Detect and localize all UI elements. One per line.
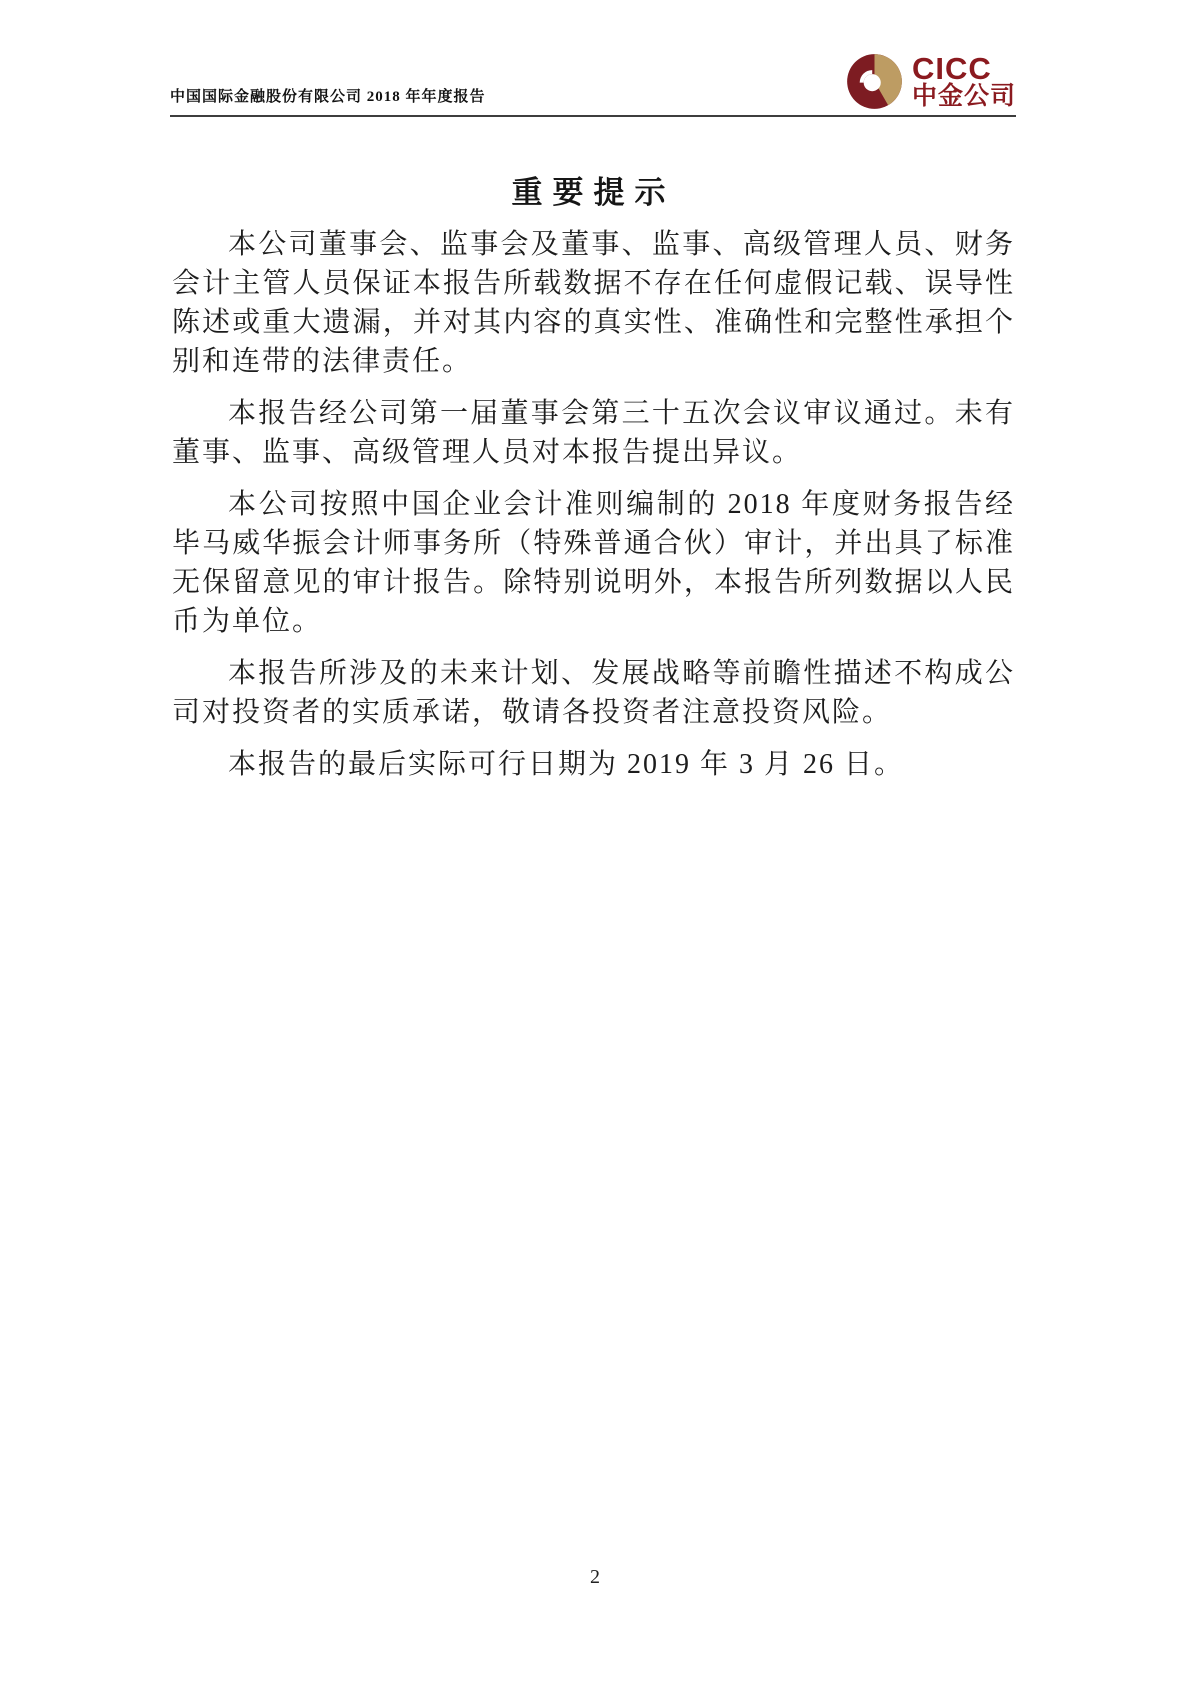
notice-paragraph: 本公司董事会、监事会及董事、监事、高级管理人员、财务会计主管人员保证本报告所载数…	[172, 225, 1015, 381]
notice-section: 重要提示 本公司董事会、监事会及董事、监事、高级管理人员、财务会计主管人员保证本…	[172, 117, 1015, 797]
notice-body: 本公司董事会、监事会及董事、监事、高级管理人员、财务会计主管人员保证本报告所载数…	[172, 225, 1015, 784]
notice-paragraph: 本报告的最后实际可行日期为 2019 年 3 月 26 日。	[172, 745, 1015, 784]
cicc-logo-icon	[846, 53, 903, 110]
document-title: 中国国际金融股份有限公司 2018 年年度报告	[170, 85, 486, 115]
section-title: 重要提示	[172, 167, 1015, 212]
page-header: 中国国际金融股份有限公司 2018 年年度报告 CICC 中金公司	[170, 0, 1016, 117]
cicc-logo-text: CICC 中金公司	[912, 54, 1016, 108]
notice-paragraph: 本报告经公司第一届董事会第三十五次会议审议通过。未有董事、监事、高级管理人员对本…	[172, 394, 1015, 472]
cicc-logo-latin-name: CICC	[912, 54, 1016, 83]
page-number: 2	[0, 1566, 1190, 1589]
cicc-logo-chinese-name: 中金公司	[912, 84, 1016, 109]
report-page: 中国国际金融股份有限公司 2018 年年度报告 CICC 中金公司 重要提示 本…	[0, 0, 1190, 1684]
notice-paragraph: 本公司按照中国企业会计准则编制的 2018 年度财务报告经毕马威华振会计师事务所…	[172, 485, 1015, 641]
notice-paragraph: 本报告所涉及的未来计划、发展战略等前瞻性描述不构成公司对投资者的实质承诺，敬请各…	[172, 654, 1015, 732]
cicc-logo: CICC 中金公司	[846, 53, 1016, 115]
